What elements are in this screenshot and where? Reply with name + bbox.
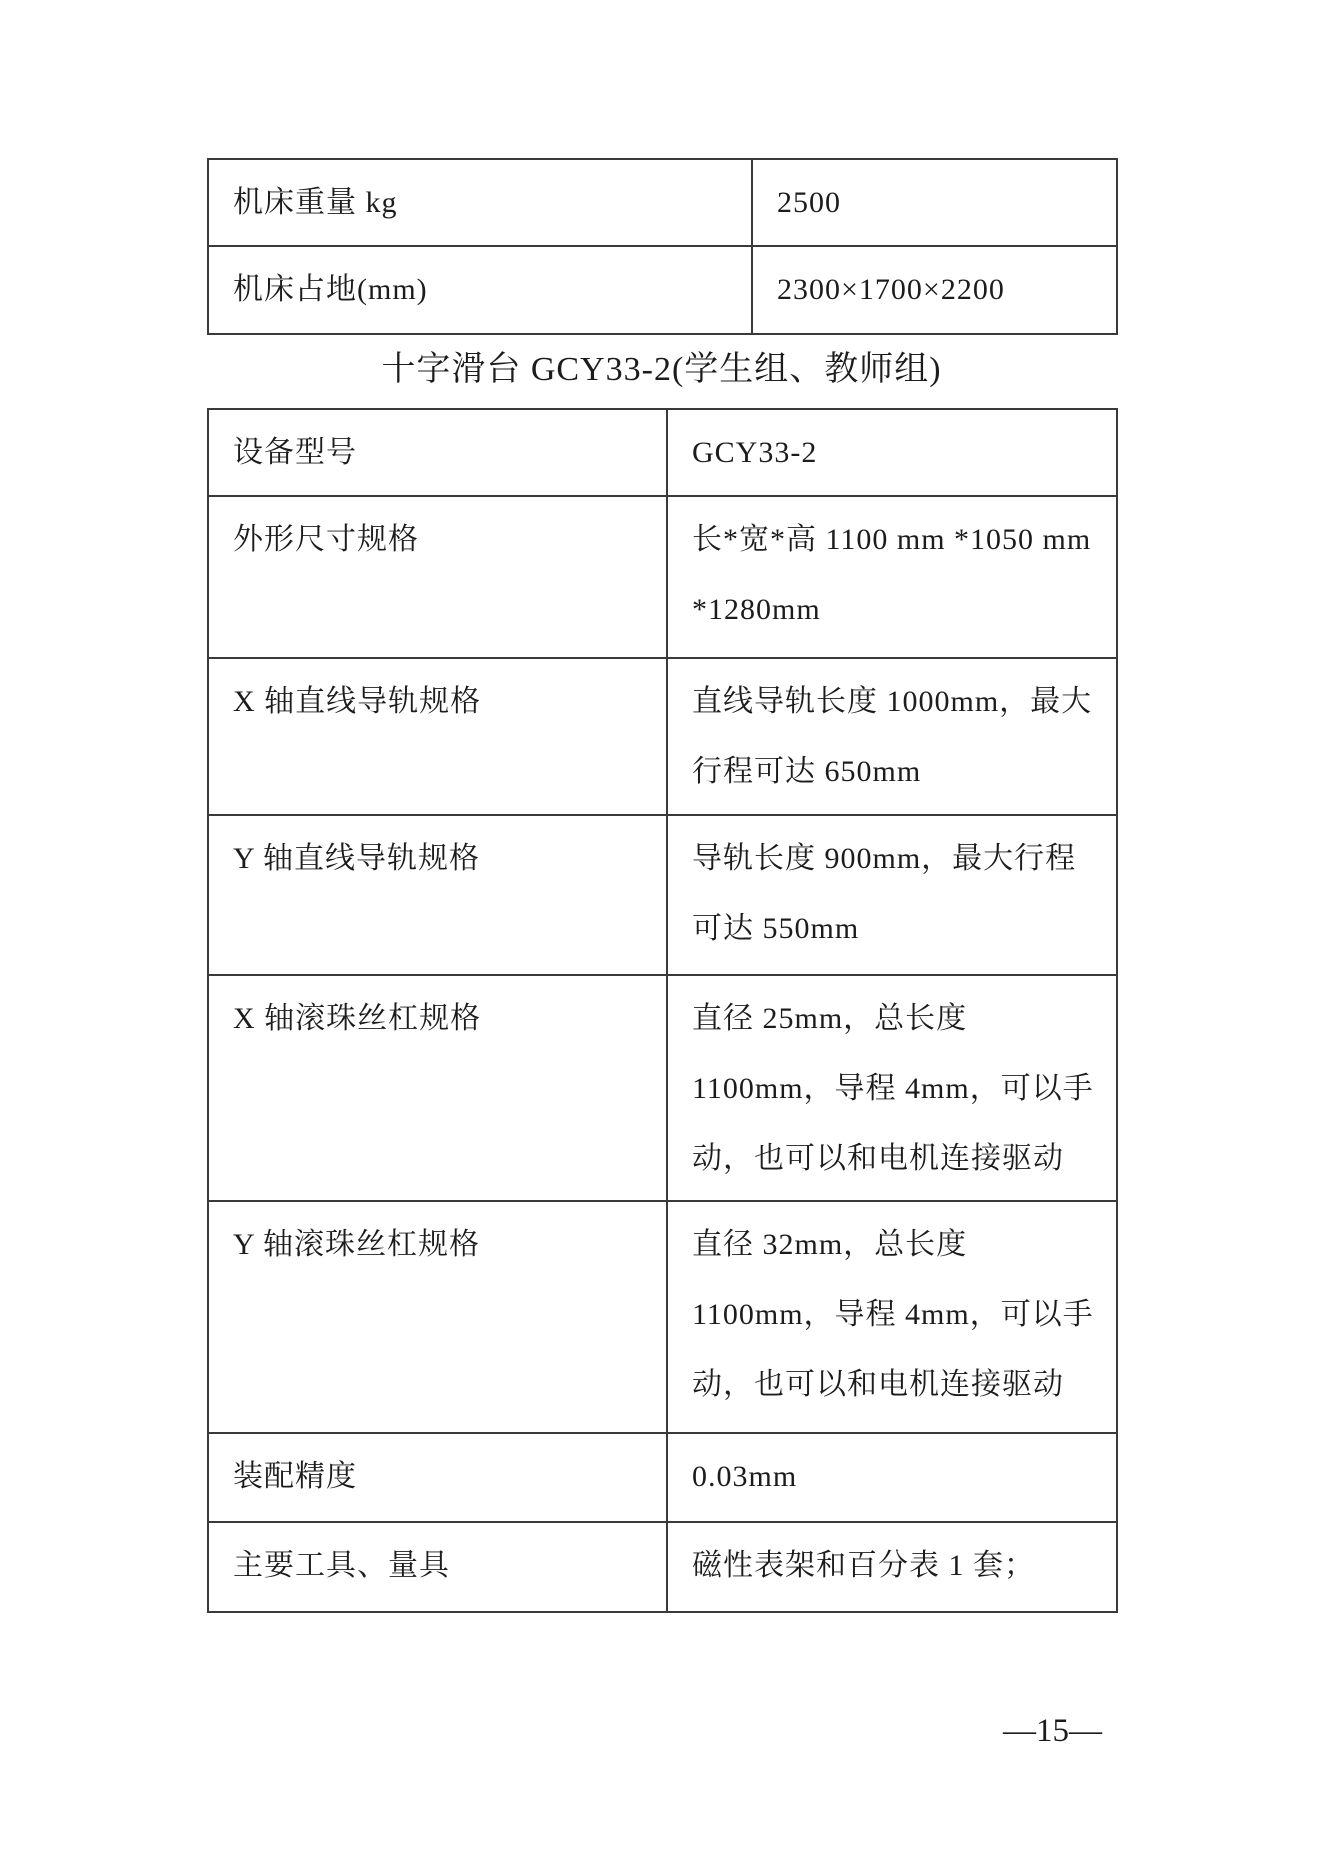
spec-label-cell: 主要工具、量具 — [208, 1522, 667, 1612]
table-row: 机床重量 kg 2500 — [208, 159, 1117, 246]
spec-label-cell: 装配精度 — [208, 1433, 667, 1522]
spec-label-cell: 机床重量 kg — [208, 159, 752, 246]
spec-value-cell: 0.03mm — [667, 1433, 1117, 1522]
spec-label-cell: 外形尺寸规格 — [208, 496, 667, 658]
spec-label-cell: X 轴滚珠丝杠规格 — [208, 975, 667, 1201]
spec-value-cell: 磁性表架和百分表 1 套； — [667, 1522, 1117, 1612]
spec-value-cell: GCY33-2 — [667, 409, 1117, 496]
table-row: 装配精度 0.03mm — [208, 1433, 1117, 1522]
table-row: 外形尺寸规格 长*宽*高 1100 mm *1050 mm *1280mm — [208, 496, 1117, 658]
table-row: X 轴直线导轨规格 直线导轨长度 1000mm，最大行程可达 650mm — [208, 658, 1117, 815]
spec-label-cell: 机床占地(mm) — [208, 246, 752, 334]
spec-label-cell: Y 轴直线导轨规格 — [208, 815, 667, 975]
spec-label-cell: 设备型号 — [208, 409, 667, 496]
spec-value-cell: 2300×1700×2200 — [752, 246, 1117, 334]
table-row: Y 轴滚珠丝杠规格 直径 32mm，总长度 1100mm，导程 4mm，可以手动… — [208, 1201, 1117, 1433]
section-title: 十字滑台 GCY33-2(学生组、教师组) — [207, 345, 1116, 395]
spec-label-cell: Y 轴滚珠丝杠规格 — [208, 1201, 667, 1433]
spec-value-cell: 直径 25mm，总长度 1100mm，导程 4mm，可以手动，也可以和电机连接驱… — [667, 975, 1117, 1201]
table-row: 设备型号 GCY33-2 — [208, 409, 1117, 496]
spec-value-cell: 2500 — [752, 159, 1117, 246]
table-row: Y 轴直线导轨规格 导轨长度 900mm，最大行程可达 550mm — [208, 815, 1117, 975]
cross-slide-spec-table: 设备型号 GCY33-2 外形尺寸规格 长*宽*高 1100 mm *1050 … — [207, 408, 1118, 1613]
page-number: —15— — [207, 1709, 1116, 1754]
table-row: 机床占地(mm) 2300×1700×2200 — [208, 246, 1117, 334]
spec-value-cell: 直线导轨长度 1000mm，最大行程可达 650mm — [667, 658, 1117, 815]
table-row: 主要工具、量具 磁性表架和百分表 1 套； — [208, 1522, 1117, 1612]
spec-label-cell: X 轴直线导轨规格 — [208, 658, 667, 815]
spec-value-cell: 导轨长度 900mm，最大行程可达 550mm — [667, 815, 1117, 975]
document-page: 机床重量 kg 2500 机床占地(mm) 2300×1700×2200 十字滑… — [207, 0, 1116, 1754]
spec-value-cell: 直径 32mm，总长度 1100mm，导程 4mm，可以手动，也可以和电机连接驱… — [667, 1201, 1117, 1433]
table-row: X 轴滚珠丝杠规格 直径 25mm，总长度 1100mm，导程 4mm，可以手动… — [208, 975, 1117, 1201]
spec-value-cell: 长*宽*高 1100 mm *1050 mm *1280mm — [667, 496, 1117, 658]
machine-spec-table: 机床重量 kg 2500 机床占地(mm) 2300×1700×2200 — [207, 158, 1118, 335]
